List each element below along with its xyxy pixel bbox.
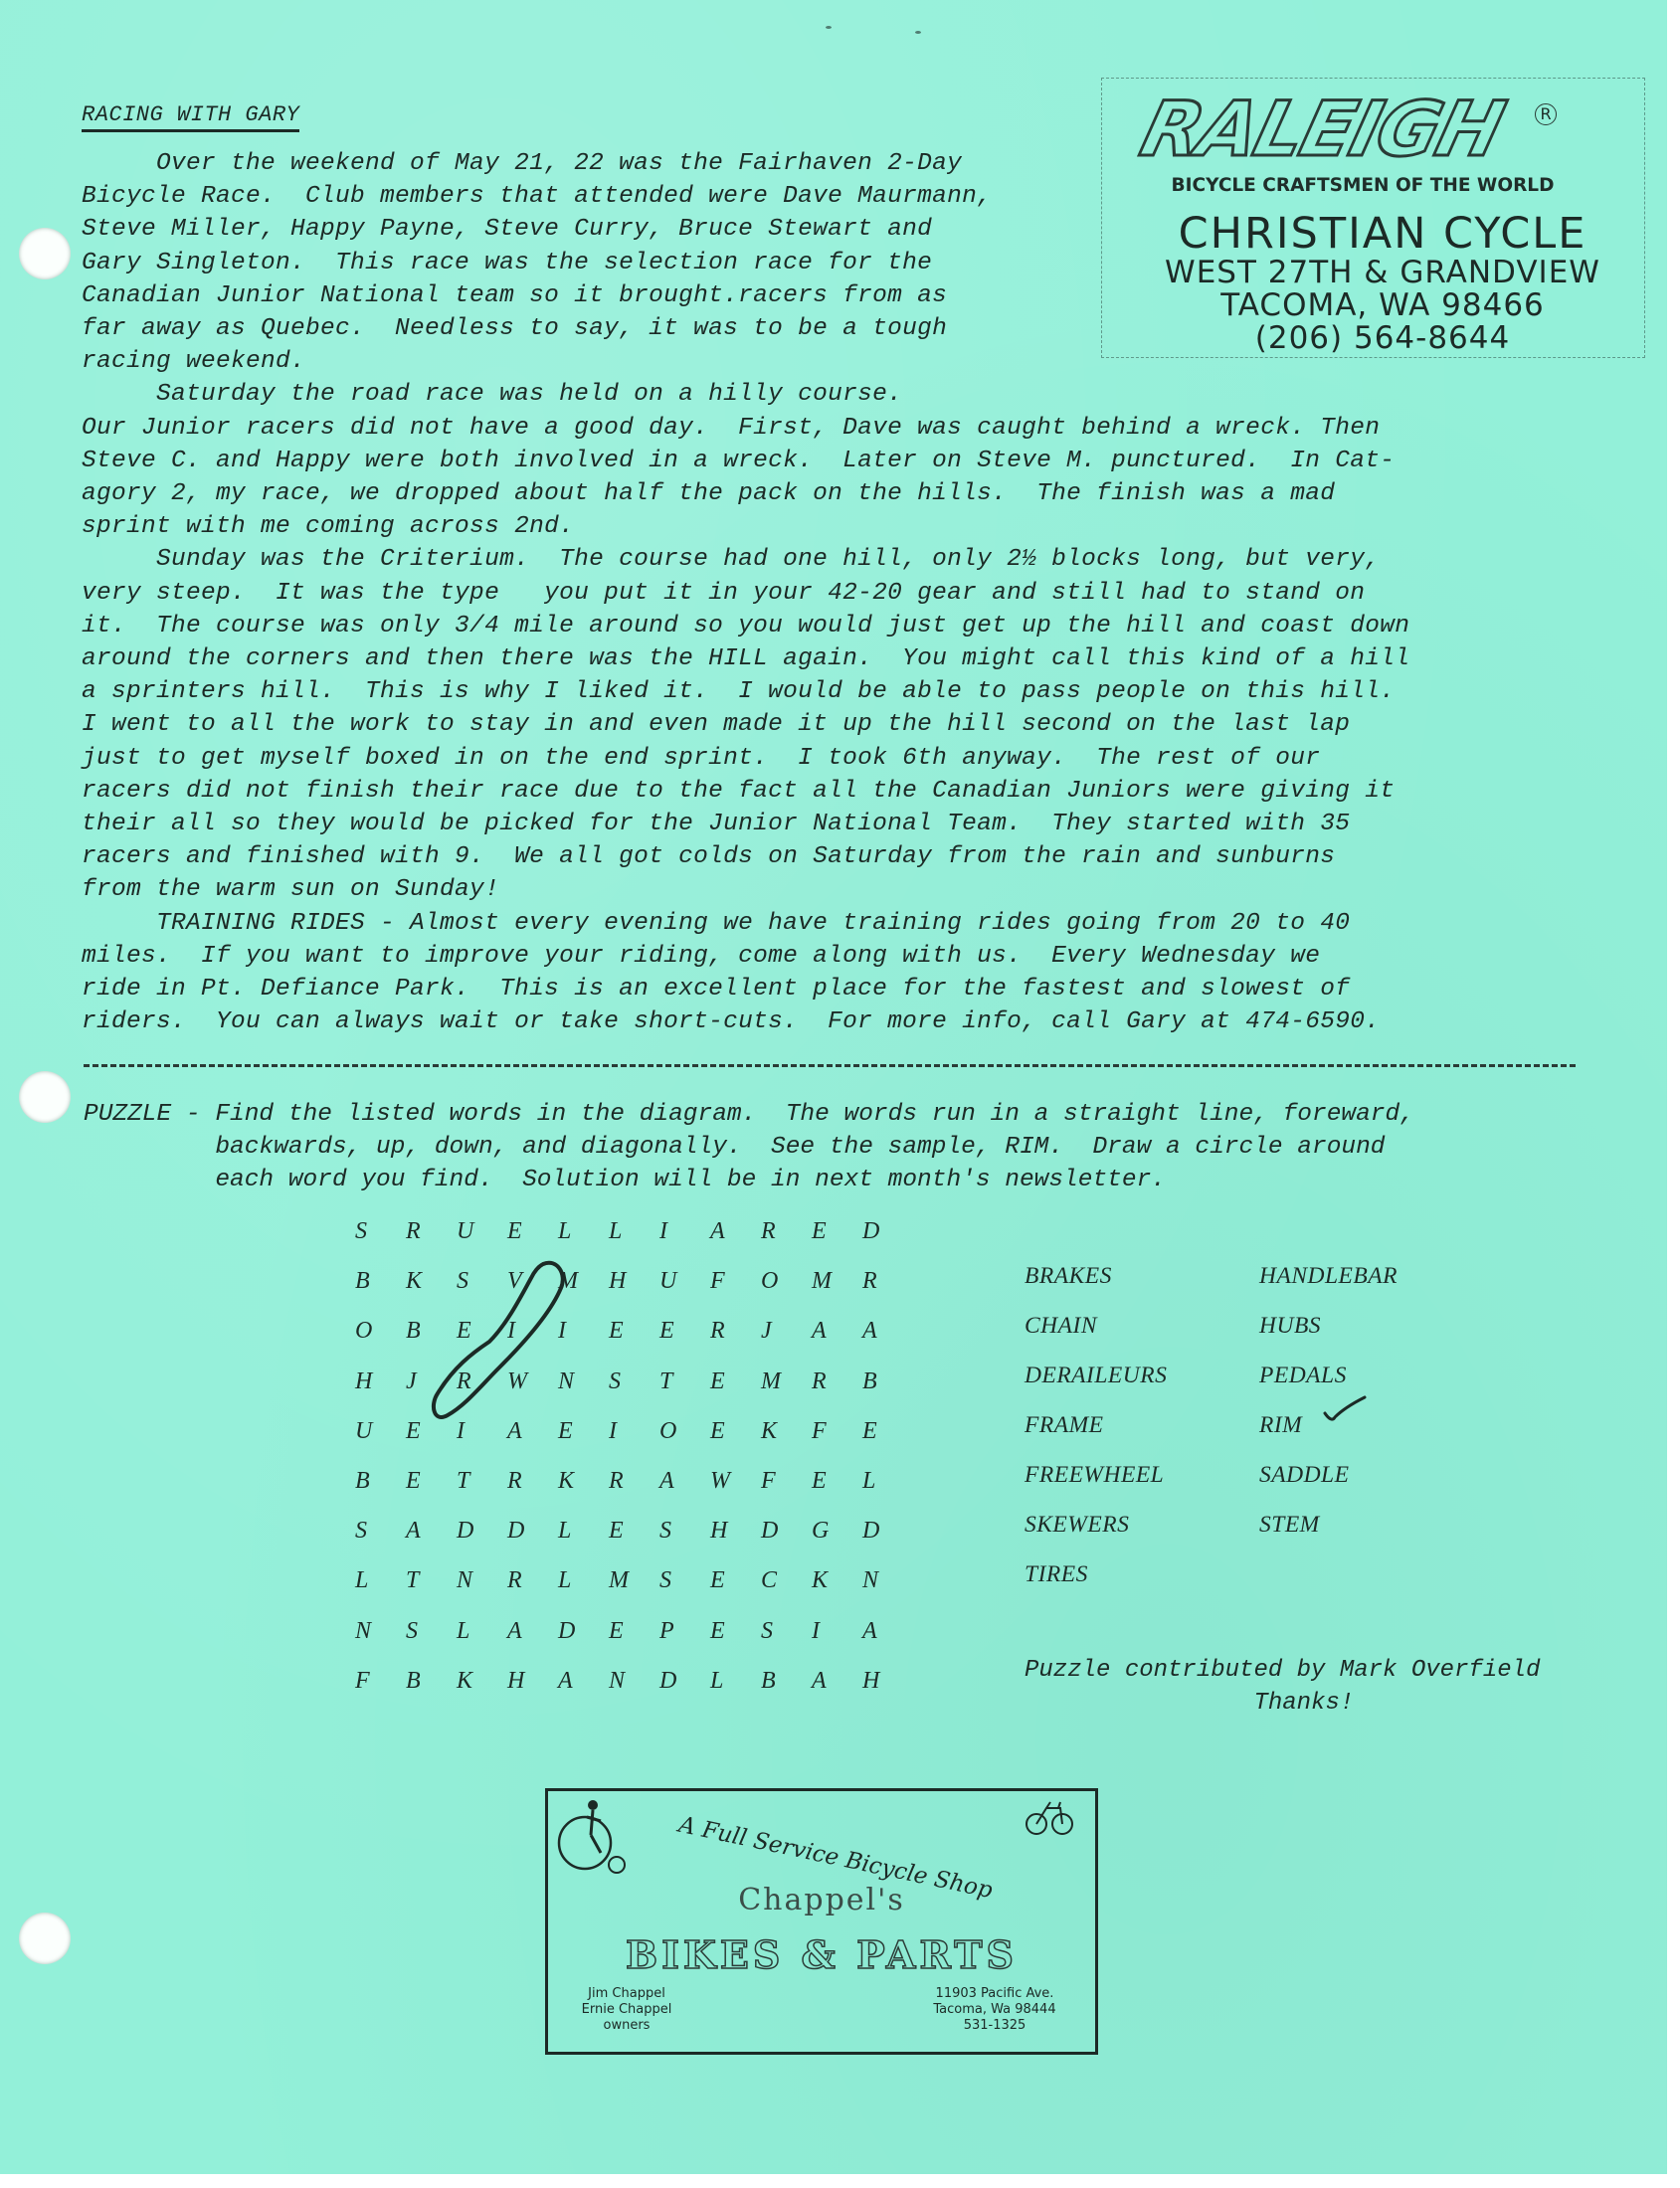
grid-letter[interactable]: E [455,1318,505,1367]
newsletter-page: RACING WITH GARY Over the weekend of May… [0,0,1667,2174]
owner-line: Ernie Chappel [557,2002,696,2018]
grid-letter[interactable]: S [353,1218,404,1268]
grid-letter[interactable]: I [810,1618,860,1668]
article-line: I went to all the work to stay in and ev… [82,708,1593,741]
grid-letter[interactable]: W [708,1468,759,1518]
grid-letter[interactable]: F [810,1418,860,1468]
grid-letter[interactable]: J [404,1368,455,1418]
grid-letter[interactable]: R [860,1268,911,1318]
grid-letter[interactable]: N [353,1618,404,1668]
grid-letter[interactable]: S [353,1518,404,1567]
article-line: around the corners and then there was th… [82,642,1593,675]
grid-letter[interactable]: I [455,1418,505,1468]
grid-letter[interactable]: R [810,1368,860,1418]
article-line: very steep. It was the type you put it i… [82,577,1593,610]
grid-letter[interactable]: S [759,1618,810,1668]
grid-letter[interactable]: B [860,1368,911,1418]
grid-letter[interactable]: L [556,1567,607,1617]
raleigh-tagline: BICYCLE CRAFTSMEN OF THE WORLD [1144,175,1582,196]
grid-letter[interactable]: L [708,1668,759,1718]
grid-letter[interactable]: R [505,1468,556,1518]
grid-letter[interactable]: N [860,1567,911,1617]
word-list: BRAKESHANDLEBARCHAINHUBSDERAILEURSPEDALS… [1025,1263,1518,1611]
grid-letter[interactable]: I [607,1418,657,1468]
word-list-item: PEDALS [1259,1363,1518,1412]
grid-letter[interactable]: E [708,1618,759,1668]
address-line: 531-1325 [905,2018,1084,2034]
grid-letter[interactable]: R [759,1218,810,1268]
word-list-item: CHAIN [1025,1313,1259,1363]
section-divider [84,1064,1576,1067]
credit-line: Puzzle contributed by Mark Overfield [1025,1654,1540,1687]
article-title: RACING WITH GARY [82,102,299,132]
binder-hole [19,1071,71,1123]
grid-letter[interactable]: H [708,1518,759,1567]
registered-mark-icon: R [1535,103,1557,125]
instruction-line: each word you find. Solution will be in … [84,1164,1414,1196]
grid-letter[interactable]: L [607,1218,657,1268]
word-list-item: TIRES [1025,1561,1259,1611]
owner-line: owners [557,2018,696,2034]
grid-letter[interactable]: D [657,1668,708,1718]
word-list-item: STEM [1259,1512,1518,1561]
article-line: a sprinters hill. This is why I liked it… [82,675,1593,708]
grid-letter[interactable]: H [505,1668,556,1718]
grid-letter[interactable]: O [353,1318,404,1367]
address-line: 11903 Pacific Ave. [905,1986,1084,2002]
grid-letter[interactable]: E [556,1418,607,1468]
word-list-item: RIM [1259,1412,1518,1462]
grid-letter[interactable]: K [810,1567,860,1617]
grid-letter[interactable]: C [759,1567,810,1617]
grid-letter[interactable]: G [810,1518,860,1567]
grid-letter[interactable]: A [810,1668,860,1718]
grid-letter[interactable]: K [404,1268,455,1318]
grid-letter[interactable]: E [404,1418,455,1468]
grid-letter[interactable]: K [759,1418,810,1468]
grid-letter[interactable]: A [860,1618,911,1668]
bicycle-icon [1025,1798,1074,1838]
binder-hole [19,228,71,279]
grid-letter[interactable]: E [708,1567,759,1617]
article-line: from the warm sun on Sunday! [82,873,1593,906]
grid-letter[interactable]: S [657,1567,708,1617]
grid-letter[interactable]: E [607,1618,657,1668]
article-line: just to get myself boxed in on the end s… [82,742,1593,775]
grid-letter[interactable]: I [556,1318,607,1367]
grid-letter[interactable]: D [556,1618,607,1668]
grid-letter[interactable]: R [505,1567,556,1617]
article-line: agory 2, my race, we dropped about half … [82,477,1593,510]
grid-letter[interactable]: H [607,1268,657,1318]
article-line: ride in Pt. Defiance Park. This is an ex… [82,973,1593,1005]
grid-letter[interactable]: M [810,1268,860,1318]
grid-letter[interactable]: A [810,1318,860,1367]
word-list-item: BRAKES [1025,1263,1259,1313]
grid-letter[interactable]: H [860,1668,911,1718]
shop-address: WEST 27TH & GRANDVIEW [1124,255,1641,290]
grid-letter[interactable]: M [759,1368,810,1418]
grid-letter[interactable]: D [455,1518,505,1567]
word-list-item: FRAME [1025,1412,1259,1462]
grid-letter[interactable]: E [708,1418,759,1468]
puzzle-credit: Puzzle contributed by Mark Overfield Tha… [1025,1654,1540,1720]
raleigh-logo: RALEIGH [1135,91,1582,167]
article-line: racers did not finish their race due to … [82,775,1593,808]
grid-letter[interactable]: W [505,1368,556,1418]
grid-letter[interactable]: E [708,1368,759,1418]
ad-headline: BIKES & PARTS [545,1932,1098,1977]
grid-letter[interactable]: B [353,1268,404,1318]
grid-letter[interactable]: D [759,1518,810,1567]
word-list-item: SKEWERS [1025,1512,1259,1561]
instruction-line: backwards, up, down, and diagonally. See… [84,1131,1414,1164]
binder-hole [19,1913,71,1964]
grid-letter[interactable]: E [505,1218,556,1268]
speck [915,31,921,34]
grid-letter[interactable]: O [759,1268,810,1318]
ad-shop-name: Chappel's [545,1883,1098,1917]
article-line: TRAINING RIDES - Almost every evening we… [82,907,1593,940]
grid-letter[interactable]: B [404,1668,455,1718]
article-line: Our Junior racers did not have a good da… [82,412,1593,445]
grid-letter[interactable]: E [657,1318,708,1367]
puzzle-instructions: PUZZLE - Find the listed words in the di… [84,1098,1414,1196]
grid-letter[interactable]: B [759,1668,810,1718]
grid-letter[interactable]: A [505,1618,556,1668]
grid-letter[interactable]: K [455,1668,505,1718]
article-line: miles. If you want to improve your ridin… [82,940,1593,973]
owner-line: Jim Chappel [557,1986,696,2002]
article-line: Sunday was the Criterium. The course had… [82,543,1593,576]
grid-letter[interactable]: L [556,1518,607,1567]
grid-letter[interactable]: R [455,1368,505,1418]
grid-letter[interactable]: L [860,1468,911,1518]
grid-letter[interactable]: O [657,1418,708,1468]
grid-letter[interactable]: L [455,1618,505,1668]
penny-farthing-icon [557,1795,627,1875]
article-line: sprint with me coming across 2nd. [82,510,1593,543]
shop-city: TACOMA, WA 98466 [1124,287,1641,323]
speck [826,26,832,29]
grid-letter[interactable]: D [505,1518,556,1567]
article-line: riders. You can always wait or take shor… [82,1005,1593,1038]
checkmark-icon [1323,1395,1367,1425]
grid-letter[interactable]: T [657,1368,708,1418]
ad-address: 11903 Pacific Ave.Tacoma, Wa 98444531-13… [905,1986,1084,2034]
credit-line: Thanks! [1025,1687,1540,1720]
article-line: their all so they would be picked for th… [82,808,1593,840]
grid-letter[interactable]: K [556,1468,607,1518]
ad-owners: Jim ChappelErnie Chappelowners [557,1986,696,2034]
article-line: racers and finished with 9. We all got c… [82,840,1593,873]
grid-letter[interactable]: F [759,1468,810,1518]
grid-letter[interactable]: A [505,1418,556,1468]
grid-letter[interactable]: B [404,1318,455,1367]
grid-letter[interactable]: T [404,1567,455,1617]
grid-letter[interactable]: U [353,1418,404,1468]
shop-name: CHRISTIAN CYCLE [1124,209,1641,259]
grid-letter[interactable]: P [657,1618,708,1668]
address-line: Tacoma, Wa 98444 [905,2002,1084,2018]
grid-letter[interactable]: S [607,1368,657,1418]
grid-letter[interactable]: A [860,1318,911,1367]
grid-letter[interactable]: B [353,1468,404,1518]
grid-letter[interactable]: L [353,1567,404,1617]
article-line: it. The course was only 3/4 mile around … [82,610,1593,642]
grid-letter[interactable]: J [759,1318,810,1367]
grid-letter[interactable]: I [657,1218,708,1268]
shop-phone: (206) 564-8644 [1124,320,1641,356]
grid-letter[interactable]: U [657,1268,708,1318]
word-list-item: HANDLEBAR [1259,1263,1518,1313]
grid-letter[interactable]: L [556,1218,607,1268]
word-list-item: HUBS [1259,1313,1518,1363]
grid-letter[interactable]: F [353,1668,404,1718]
word-list-item: SADDLE [1259,1462,1518,1512]
grid-letter[interactable]: E [607,1318,657,1367]
grid-letter[interactable]: R [607,1468,657,1518]
grid-letter[interactable]: U [455,1218,505,1268]
grid-letter[interactable]: R [404,1218,455,1268]
grid-letter[interactable]: E [404,1468,455,1518]
grid-letter[interactable]: A [556,1668,607,1718]
grid-letter[interactable]: T [455,1468,505,1518]
grid-letter[interactable]: E [810,1468,860,1518]
grid-letter[interactable]: F [708,1268,759,1318]
grid-letter[interactable]: M [607,1567,657,1617]
grid-letter[interactable]: N [556,1368,607,1418]
grid-letter[interactable]: A [404,1518,455,1567]
grid-letter[interactable]: H [353,1368,404,1418]
grid-letter[interactable]: N [607,1668,657,1718]
article-line: Steve C. and Happy were both involved in… [82,445,1593,477]
grid-letter[interactable]: I [505,1318,556,1367]
grid-letter[interactable]: V [505,1268,556,1318]
grid-letter[interactable]: E [860,1418,911,1468]
word-list-item: DERAILEURS [1025,1363,1259,1412]
grid-letter[interactable]: A [708,1218,759,1268]
grid-letter[interactable]: D [860,1518,911,1567]
grid-letter[interactable]: N [455,1567,505,1617]
instruction-line: PUZZLE - Find the listed words in the di… [84,1098,1414,1131]
grid-letter[interactable]: S [455,1268,505,1318]
grid-letter[interactable]: S [404,1618,455,1668]
grid-letter[interactable]: E [607,1518,657,1567]
word-list-item: FREEWHEEL [1025,1462,1259,1512]
grid-letter[interactable]: A [657,1468,708,1518]
grid-letter[interactable]: S [657,1518,708,1567]
grid-letter[interactable]: D [860,1218,911,1268]
grid-letter[interactable]: R [708,1318,759,1367]
article-line: Saturday the road race was held on a hil… [82,378,1593,411]
word-search-grid: SRUELLIAREDBKSVMHUFOMROBEIIEERJAAHJRWNST… [353,1218,911,1718]
grid-letter[interactable]: E [810,1218,860,1268]
grid-letter[interactable]: M [556,1268,607,1318]
